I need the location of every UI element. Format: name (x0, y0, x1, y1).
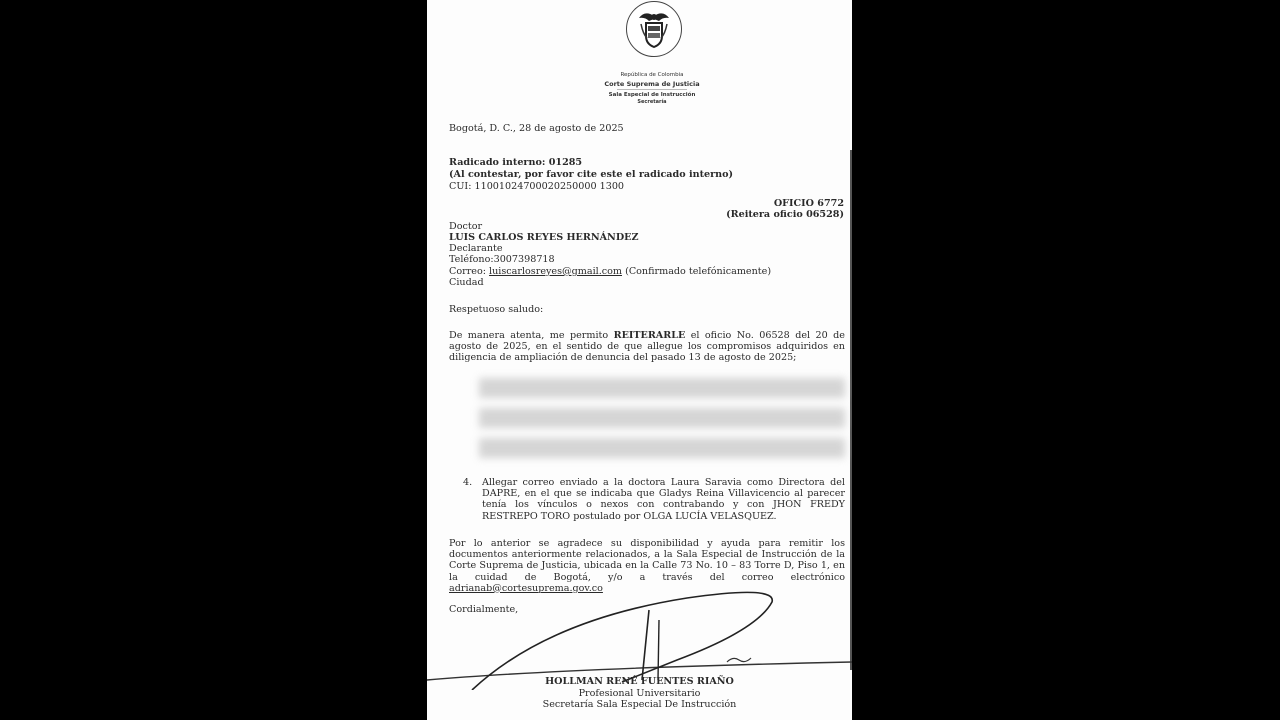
oficio-number: OFICIO 6772 (774, 198, 844, 209)
handwritten-signature-icon (427, 580, 852, 690)
signer-name: HOLLMAN RENÉ FUENTES RIAÑO (427, 676, 852, 687)
letterhead-country: República de Colombia (577, 72, 727, 78)
letterhead-divider (617, 89, 687, 90)
letterhead-court: Corte Suprema de Justicia (577, 80, 727, 88)
item-4-number: 4. (463, 477, 472, 488)
radicado-interno: Radicado interno: 01285 (449, 157, 582, 168)
signer-department: Secretaría Sala Especial De Instrucción (427, 699, 852, 710)
signer-position: Profesional Universitario (427, 688, 852, 699)
recipient-role: Declarante (449, 243, 503, 254)
recipient-title: Doctor (449, 221, 482, 232)
recipient-name: LUIS CARLOS REYES HERNÁNDEZ (449, 232, 638, 243)
oficio-reiterates: (Reitera oficio 06528) (726, 209, 844, 220)
greeting: Respetuoso saludo: (449, 304, 543, 315)
redacted-item-2 (479, 408, 845, 428)
letterhead-office: Secretaría (577, 99, 727, 105)
recipient-email-link[interactable]: luiscarlosreyes@gmail.com (489, 266, 622, 277)
intro-pre: De manera atenta, me permito (449, 330, 614, 341)
recipient-email-line: Correo: luiscarlosreyes@gmail.com (Confi… (449, 266, 771, 277)
colombia-coat-of-arms-icon (626, 1, 682, 57)
item-4-text: Allegar correo enviado a la doctora Laur… (482, 477, 845, 522)
phone-label: Teléfono: (449, 254, 494, 265)
document-page: República de Colombia Corte Suprema de J… (427, 0, 852, 720)
radicado-instruction: (Al contestar, por favor cite este el ra… (449, 169, 733, 180)
email-label: Correo: (449, 266, 486, 277)
recipient-city: Ciudad (449, 277, 484, 288)
closing-text: Por lo anterior se agradece su disponibi… (449, 538, 845, 583)
cui-number: CUI: 11001024700020250000 1300 (449, 181, 624, 192)
letterhead-chamber: Sala Especial de Instrucción (577, 92, 727, 98)
recipient-phone-line: Teléfono:3007398718 (449, 254, 555, 265)
intro-bold: REITERARLE (614, 330, 686, 341)
intro-paragraph: De manera atenta, me permito REITERARLE … (449, 330, 845, 364)
date-line: Bogotá, D. C., 28 de agosto de 2025 (449, 123, 624, 134)
email-note: (Confirmado telefónicamente) (625, 266, 771, 277)
redacted-item-1 (479, 378, 845, 398)
redacted-item-3 (479, 438, 845, 458)
phone-number: 3007398718 (494, 254, 555, 265)
